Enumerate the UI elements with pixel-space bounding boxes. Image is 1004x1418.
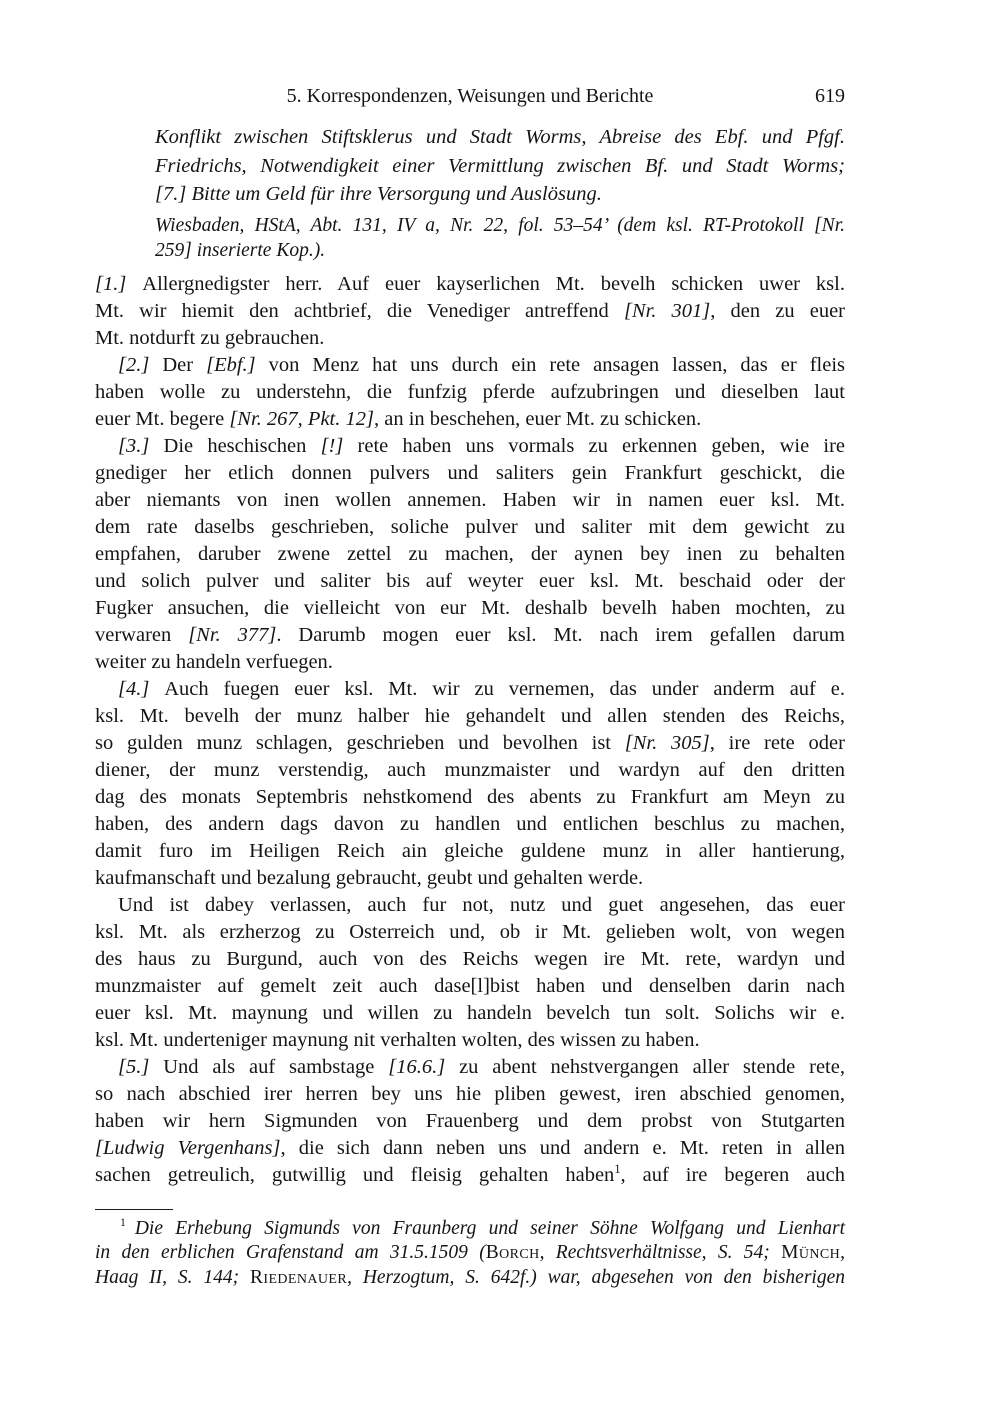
text-segment: , Herzogtum, S. 642f.) war, abgesehen vo…: [347, 1267, 845, 1288]
text-segment: Allergnedigster herr. Auf euer kayserlic…: [142, 273, 845, 295]
text-segment: dag des monats Septembris nehstkomend de…: [95, 786, 845, 808]
text-segment: [!]: [321, 435, 344, 457]
text-segment: diener, der munz verstendig, auch munzma…: [95, 759, 845, 781]
text-segment: Konflikt zwischen Stiftsklerus und Stadt…: [155, 126, 845, 148]
text-segment: weiter zu handeln verfuegen.: [95, 651, 333, 673]
text-segment: Die heschischen: [164, 435, 321, 457]
text-segment: rete haben uns vormals zu erkennen geben…: [343, 435, 845, 457]
text-line: haben wolle zu understehn, die funfzig p…: [95, 379, 845, 406]
text-line: kaufmanschaft und bezalung gebraucht, ge…: [95, 865, 845, 892]
text-segment: dem rate daselbs geschrieben, soliche pu…: [95, 516, 845, 538]
text-line: sachen getreulich, gutwillig und fleisig…: [95, 1162, 845, 1189]
text-line: Konflikt zwischen Stiftsklerus und Stadt…: [155, 123, 845, 152]
text-segment: Fugker ansuchen, die vielleicht von eur …: [95, 597, 845, 619]
text-line: euer Mt. begere [Nr. 267, Pkt. 12], an i…: [95, 406, 845, 433]
body-paragraph: [1.] Allergnedigster herr. Auf euer kays…: [95, 271, 845, 352]
text-segment: Friedrichs, Notwendigkeit einer Vermittl…: [155, 155, 845, 177]
text-segment: [Ludwig Vergenhans]: [95, 1137, 281, 1159]
body-paragraph: [4.] Auch fuegen euer ksl. Mt. wir zu ve…: [95, 676, 845, 892]
page-number: 619: [815, 84, 845, 108]
text-line: 259] inserierte Kop.).: [155, 238, 845, 264]
text-segment: , den zu euer: [710, 300, 845, 322]
text-line: [5.] Und als auf sambstage [16.6.] zu ab…: [95, 1054, 845, 1081]
text-line: [1.] Allergnedigster herr. Auf euer kays…: [95, 271, 845, 298]
text-line: ksl. Mt. bevelh der munz halber hie geha…: [95, 703, 845, 730]
text-segment: haben wolle zu understehn, die funfzig p…: [95, 381, 845, 403]
text-line: empfahen, daruber zwene zettel zu machen…: [95, 541, 845, 568]
text-segment: verwaren: [95, 624, 188, 646]
text-segment: [Nr. 267, Pkt. 12]: [229, 408, 374, 430]
body-paragraph: [5.] Und als auf sambstage [16.6.] zu ab…: [95, 1054, 845, 1189]
text-line: Und ist dabey verlassen, auch fur not, n…: [95, 892, 845, 919]
text-segment: so nach abschied irer herren bey uns hie…: [95, 1083, 845, 1105]
body-text: [1.] Allergnedigster herr. Auf euer kays…: [95, 271, 845, 1189]
text-segment: kaufmanschaft und bezalung gebraucht, ge…: [95, 867, 643, 889]
text-line: dag des monats Septembris nehstkomend de…: [95, 784, 845, 811]
text-line: so gulden munz schlagen, geschrieben und…: [95, 730, 845, 757]
text-segment: , auf ire begeren auch: [620, 1164, 845, 1186]
text-segment: [3.]: [118, 435, 164, 457]
text-line: euer ksl. Mt. maynung und willen zu hand…: [95, 1000, 845, 1027]
text-line: [2.] Der [Ebf.] von Menz hat uns durch e…: [95, 352, 845, 379]
text-segment: [7.] Bitte um Geld für ihre Versorgung u…: [155, 183, 602, 205]
text-line: ksl. Mt. als erzherzog zu Osterreich und…: [95, 919, 845, 946]
text-segment: , Rechtsverhältnisse, S. 54;: [540, 1242, 782, 1263]
text-segment: so gulden munz schlagen, geschrieben und…: [95, 732, 625, 754]
text-line: [3.] Die heschischen [!] rete haben uns …: [95, 433, 845, 460]
body-paragraph: Und ist dabey verlassen, auch fur not, n…: [95, 892, 845, 1054]
text-line: Wiesbaden, HStA, Abt. 131, IV a, Nr. 22,…: [155, 213, 845, 239]
text-segment: . Darumb mogen euer ksl. Mt. nach irem g…: [276, 624, 845, 646]
text-segment: [5.]: [118, 1056, 163, 1078]
text-line: ksl. Mt. underteniger maynung nit verhal…: [95, 1027, 845, 1054]
text-line: [4.] Auch fuegen euer ksl. Mt. wir zu ve…: [95, 676, 845, 703]
text-line: gnediger her etlich donnen pulvers und s…: [95, 460, 845, 487]
text-line: des haus zu Burgund, auch von des Reichs…: [95, 946, 845, 973]
book-page: 5. Korrespondenzen, Weisungen und Berich…: [0, 0, 1004, 1418]
text-segment: haben, des andern dags davon zu handlen …: [95, 813, 845, 835]
archival-reference: Wiesbaden, HStA, Abt. 131, IV a, Nr. 22,…: [155, 213, 845, 264]
text-line: 1Die Erhebung Sigmunds von Fraunberg und…: [95, 1217, 845, 1242]
text-line: Mt. notdurft zu gebrauchen.: [95, 325, 845, 352]
text-line: [Ludwig Vergenhans], die sich dann neben…: [95, 1135, 845, 1162]
text-line: haben, des andern dags davon zu handlen …: [95, 811, 845, 838]
text-line: haben wir hern Sigmunden von Frauenberg …: [95, 1108, 845, 1135]
text-line: verwaren [Nr. 377]. Darumb mogen euer ks…: [95, 622, 845, 649]
text-segment: [2.]: [118, 354, 162, 376]
text-segment: ksl. Mt. als erzherzog zu Osterreich und…: [95, 921, 845, 943]
text-segment: euer ksl. Mt. maynung und willen zu hand…: [95, 1002, 845, 1024]
text-segment: ksl. Mt. bevelh der munz halber hie geha…: [95, 705, 845, 727]
chapter-title: 5. Korrespondenzen, Weisungen und Berich…: [95, 84, 845, 108]
text-line: Haag II, S. 144; Riedenauer, Herzogtum, …: [95, 1266, 845, 1291]
text-line: Friedrichs, Notwendigkeit einer Vermittl…: [155, 152, 845, 181]
text-segment: [Ebf.]: [206, 354, 256, 376]
text-segment: munzmaister auf gemelt zeit auch dase[l]…: [95, 975, 845, 997]
text-segment: aber niemants von inen wollen annemen. H…: [95, 489, 845, 511]
text-segment: ,: [840, 1242, 845, 1263]
text-segment: gnediger her etlich donnen pulvers und s…: [95, 462, 845, 484]
text-line: dem rate daselbs geschrieben, soliche pu…: [95, 514, 845, 541]
text-segment: des haus zu Burgund, auch von des Reichs…: [95, 948, 845, 970]
text-column: 5. Korrespondenzen, Weisungen und Berich…: [95, 84, 845, 1290]
text-segment: Borch: [486, 1242, 540, 1263]
text-segment: Auch fuegen euer ksl. Mt. wir zu verneme…: [164, 678, 845, 700]
text-line: aber niemants von inen wollen annemen. H…: [95, 487, 845, 514]
text-segment: in den erblichen Grafenstand am 31.5.150…: [95, 1242, 486, 1263]
text-line: [7.] Bitte um Geld für ihre Versorgung u…: [155, 180, 845, 209]
text-segment: , an in beschehen, euer Mt. zu schicken.: [374, 408, 701, 430]
text-segment: [Nr. 377]: [188, 624, 276, 646]
text-segment: Riedenauer: [250, 1267, 347, 1288]
text-segment: Wiesbaden, HStA, Abt. 131, IV a, Nr. 22,…: [155, 215, 845, 236]
text-line: munzmaister auf gemelt zeit auch dase[l]…: [95, 973, 845, 1000]
text-segment: und solich pulver und saliter bis auf we…: [95, 570, 845, 592]
text-segment: Haag II, S. 144;: [95, 1267, 250, 1288]
text-line: Fugker ansuchen, die vielleicht von eur …: [95, 595, 845, 622]
running-header: 5. Korrespondenzen, Weisungen und Berich…: [95, 84, 845, 108]
body-paragraph: [3.] Die heschischen [!] rete haben uns …: [95, 433, 845, 676]
text-segment: sachen getreulich, gutwillig und fleisig…: [95, 1164, 614, 1186]
document-summary: Konflikt zwischen Stiftsklerus und Stadt…: [155, 123, 845, 209]
text-segment: Und ist dabey verlassen, auch fur not, n…: [118, 894, 845, 916]
text-segment: Und als auf sambstage: [163, 1056, 388, 1078]
text-segment: 259] inserierte Kop.).: [155, 240, 325, 261]
text-segment: Der: [162, 354, 206, 376]
superscript-footnote-ref: 1: [120, 1216, 126, 1229]
text-line: und solich pulver und saliter bis auf we…: [95, 568, 845, 595]
footnote-block: 1Die Erhebung Sigmunds von Fraunberg und…: [95, 1217, 845, 1291]
text-segment: zu abent nehstvergangen aller stende ret…: [445, 1056, 845, 1078]
text-segment: [16.6.]: [388, 1056, 445, 1078]
text-line: damit furo im Heiligen Reich ain gleiche…: [95, 838, 845, 865]
text-segment: ksl. Mt. underteniger maynung nit verhal…: [95, 1029, 700, 1051]
text-segment: Münch: [781, 1242, 840, 1263]
text-segment: damit furo im Heiligen Reich ain gleiche…: [95, 840, 845, 862]
body-paragraph: [2.] Der [Ebf.] von Menz hat uns durch e…: [95, 352, 845, 433]
text-segment: empfahen, daruber zwene zettel zu machen…: [95, 543, 845, 565]
text-segment: Die Erhebung Sigmunds von Fraunberg und …: [135, 1218, 845, 1239]
text-line: in den erblichen Grafenstand am 31.5.150…: [95, 1241, 845, 1266]
text-segment: [4.]: [118, 678, 164, 700]
text-line: Mt. wir hiemit den achtbrief, die Venedi…: [95, 298, 845, 325]
text-line: weiter zu handeln verfuegen.: [95, 649, 845, 676]
text-segment: , ire rete oder: [710, 732, 845, 754]
text-segment: [Nr. 305]: [625, 732, 710, 754]
footnote-rule: [95, 1209, 173, 1210]
text-line: diener, der munz verstendig, auch munzma…: [95, 757, 845, 784]
text-line: so nach abschied irer herren bey uns hie…: [95, 1081, 845, 1108]
text-segment: , die sich dann neben uns und andern e. …: [281, 1137, 846, 1159]
text-segment: haben wir hern Sigmunden von Frauenberg …: [95, 1110, 845, 1132]
text-segment: [1.]: [95, 273, 142, 295]
text-segment: Mt. wir hiemit den achtbrief, die Venedi…: [95, 300, 624, 322]
text-segment: euer Mt. begere: [95, 408, 229, 430]
text-segment: von Menz hat uns durch ein rete ansagen …: [256, 354, 845, 376]
text-segment: Mt. notdurft zu gebrauchen.: [95, 327, 324, 349]
text-segment: [Nr. 301]: [624, 300, 710, 322]
